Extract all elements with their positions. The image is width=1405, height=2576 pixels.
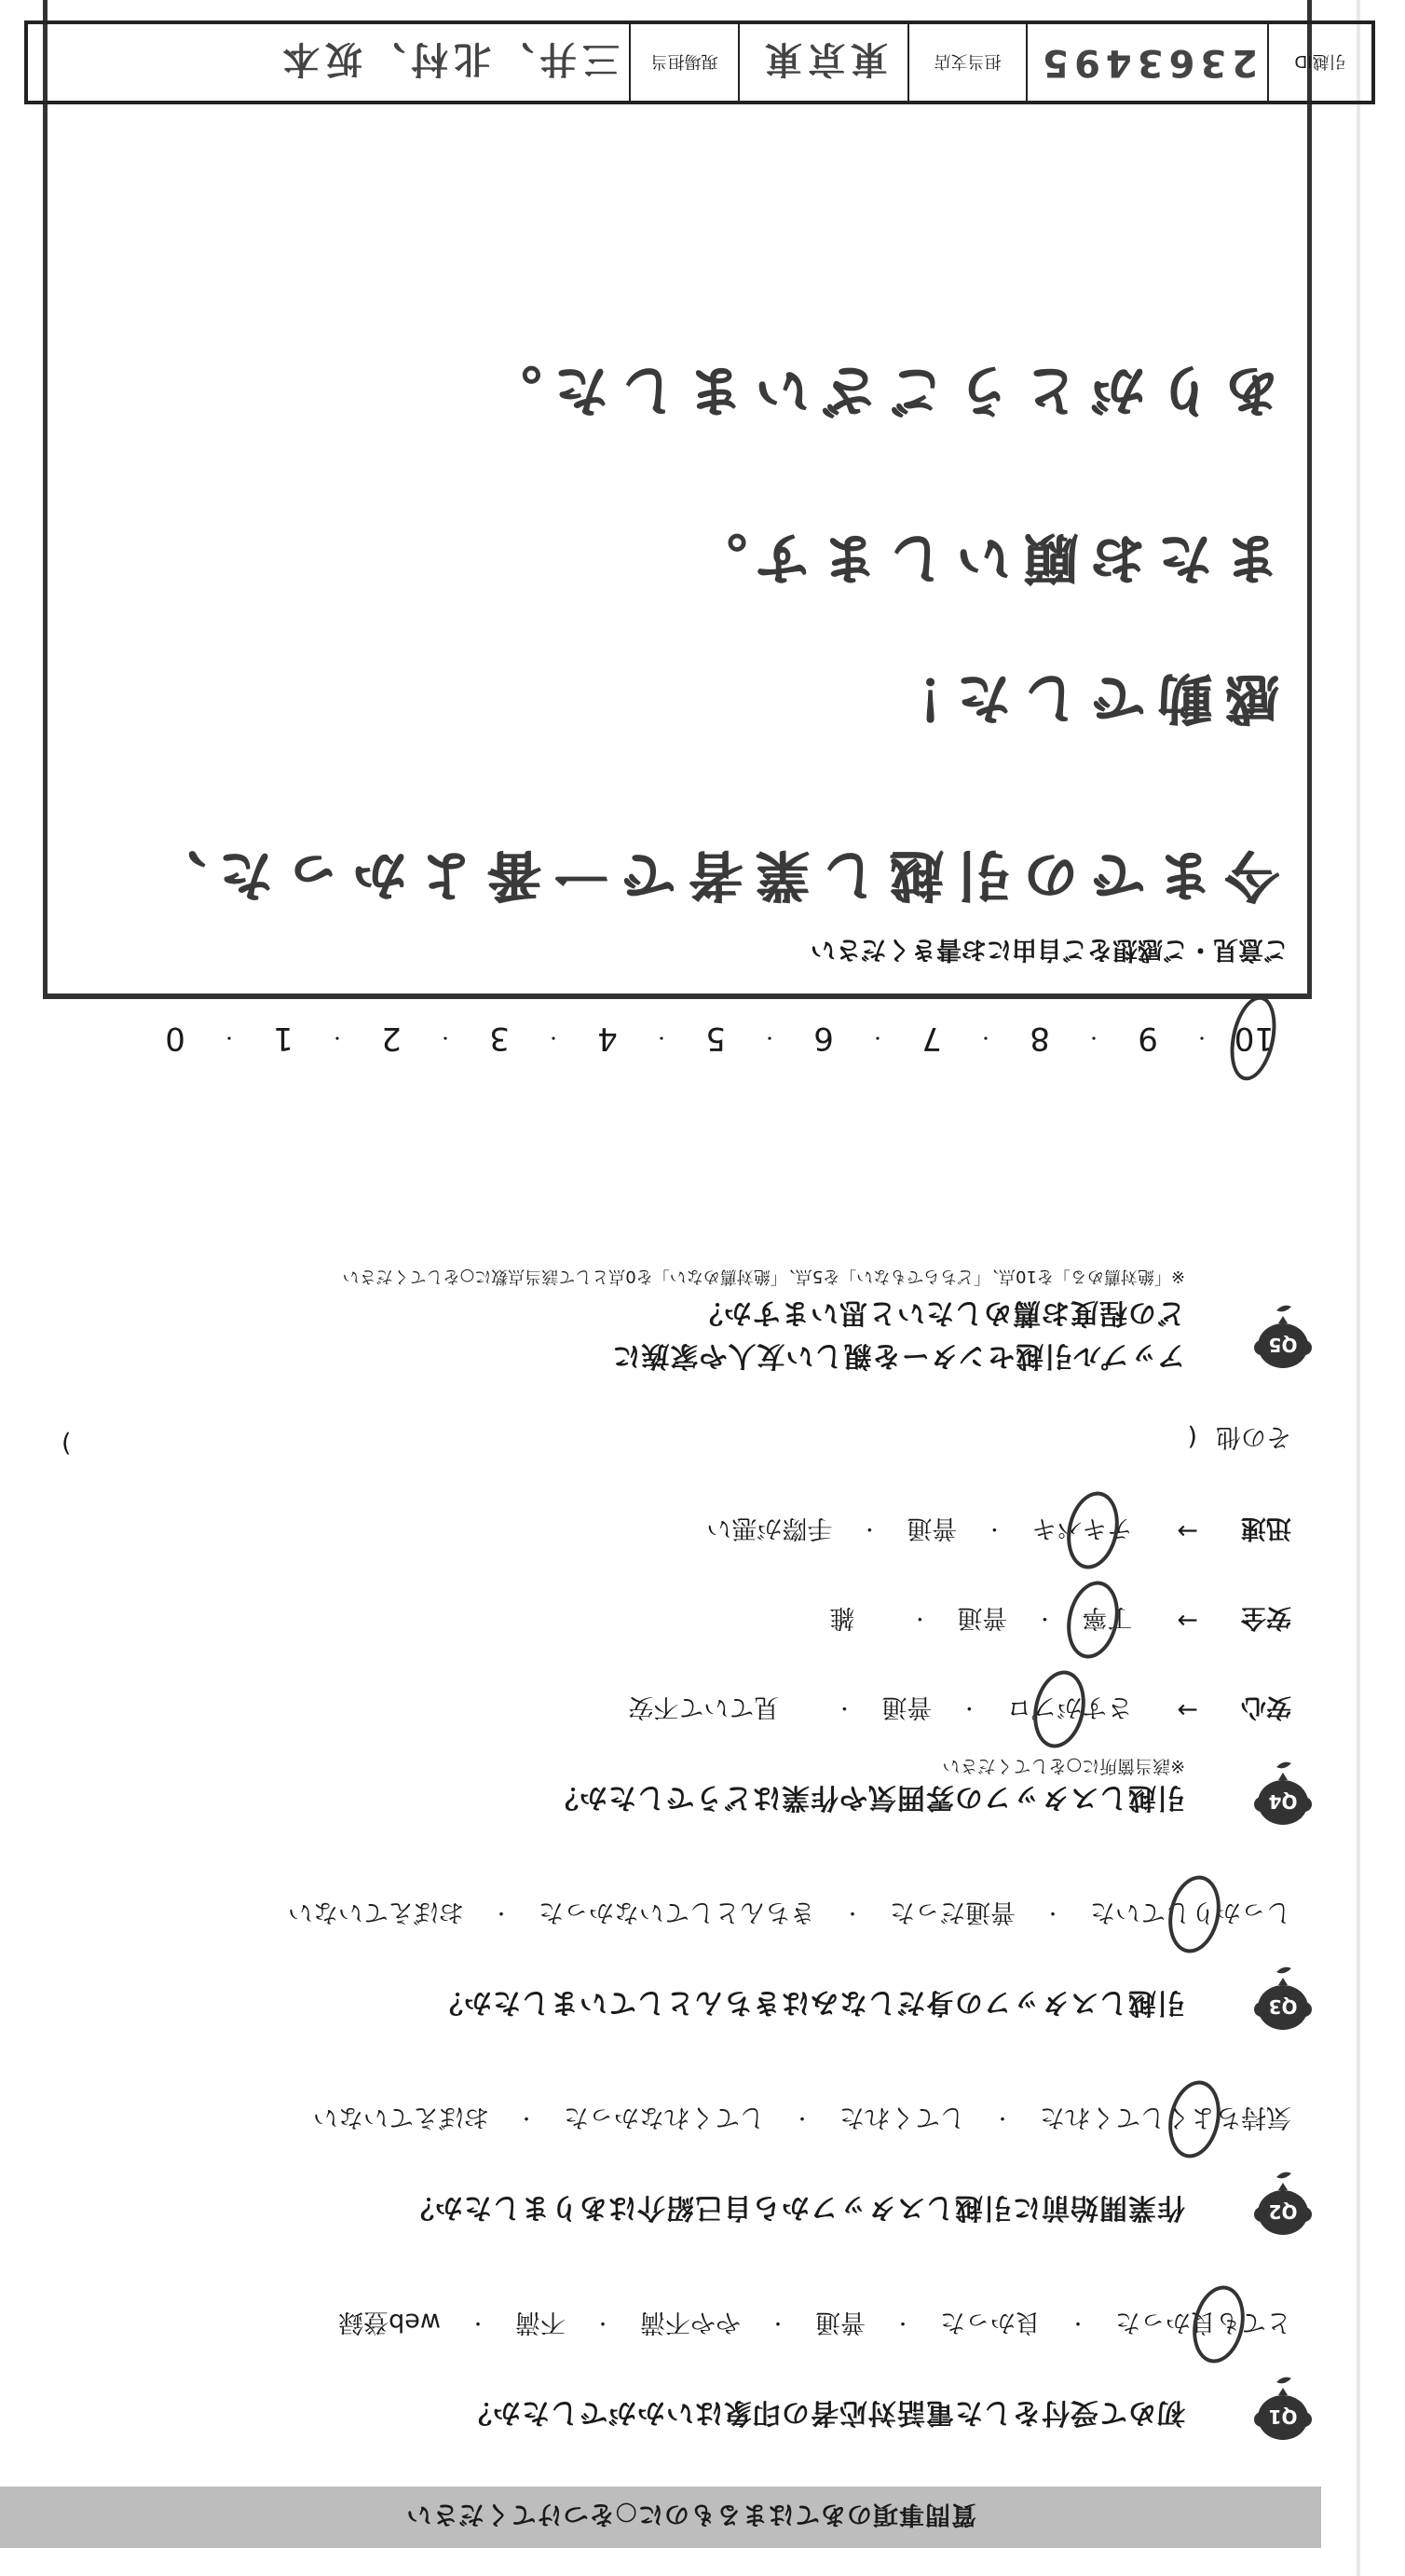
q5-score-8[interactable]: 8 xyxy=(1021,1020,1058,1057)
q3-option-not-neat[interactable]: きちんとしていなかった xyxy=(539,1897,815,1933)
q4-other-label: その他 xyxy=(1216,1422,1291,1451)
q4-option-normal[interactable]: 普通 xyxy=(957,1602,1007,1638)
instruction-banner: 質問事項のあてはまるものに○をつけてください xyxy=(0,2487,1321,2548)
q3-option-dont-remember[interactable]: おぼえていない xyxy=(288,1897,464,1933)
q5-note: ※「絶対薦める」を10点、「どちらでもない」を5点、「絶対薦めない」を0点として… xyxy=(343,1266,1185,1290)
comment-label: ご意見・ご感想をご自由にお書きください xyxy=(811,934,1289,970)
q3-option-normal[interactable]: 普通だった xyxy=(890,1897,1016,1933)
q1-option-slightly-dissatisfied[interactable]: やや不満 xyxy=(640,2307,741,2343)
branch-value: 東京東 xyxy=(739,22,908,103)
q3-text: 引越しスタッフの身だしなみはきちんとしていましたか？ xyxy=(434,1985,1185,2026)
q3-badge-icon: Q3 xyxy=(1254,1981,1312,2035)
q5-score-9[interactable]: 9 xyxy=(1129,1020,1166,1057)
banner-text: 質問事項のあてはまるものに○をつけてください xyxy=(405,2500,976,2536)
arrow-right-icon: → xyxy=(1177,1695,1198,1724)
comment-box[interactable]: ご意見・ご感想をご自由にお書きください 今までの引越し業者で一番よかった、 感動… xyxy=(43,0,1312,999)
q2-option-did-not[interactable]: してくれなかった xyxy=(564,2102,765,2138)
q2-option-pleasant[interactable]: 気持ちよくしてくれた xyxy=(1040,2102,1291,2138)
q1-text: 初めて受付をした電話対応者の印象はいかがでしたか？ xyxy=(463,2395,1185,2436)
q4-row-label: 迅速 xyxy=(1226,1513,1291,1549)
q4-option-normal[interactable]: 普通 xyxy=(907,1513,957,1549)
q5-text-line2: どの程度お薦めしたいと思いますか？ xyxy=(694,1295,1185,1336)
q2-option-did[interactable]: してくれた xyxy=(839,2102,965,2138)
q2-option-dont-remember[interactable]: おぼえていない xyxy=(313,2102,489,2138)
move-id-value: 2363495 xyxy=(1027,22,1268,103)
q1-option-very-good[interactable]: とても良かった xyxy=(1115,2307,1291,2343)
q5-text-line1: アップル引越センターを親しい友人や家族に xyxy=(612,1338,1186,1379)
q4-other-close: ) xyxy=(61,1421,72,1458)
q2-badge-icon: Q2 xyxy=(1254,2186,1312,2240)
q4-option-efficient[interactable]: テキパキ xyxy=(1031,1513,1132,1549)
q2-options: 気持ちよくしてくれた ・ してくれた ・ してくれなかった ・ おぼえていない xyxy=(313,2102,1291,2138)
arrow-right-icon: → xyxy=(1177,1516,1198,1545)
q5-score-scale: 10・ 9・ 8・ 7・ 6・ 5・ 4・ 3・ 2・ 1・ 0 xyxy=(157,1020,1275,1057)
q1-option-web-registration[interactable]: web登録 xyxy=(338,2307,441,2343)
q4-note: ※該当箇所に○をしてください xyxy=(943,1755,1186,1780)
q3-options: しっかりしていた ・ 普通だった ・ きちんとしていなかった ・ おぼえていない xyxy=(288,1897,1291,1933)
q5-score-4[interactable]: 4 xyxy=(589,1020,626,1057)
q4-row-label: 安心 xyxy=(1226,1692,1291,1728)
svg-text:Q5: Q5 xyxy=(1269,1334,1298,1356)
q1-option-normal[interactable]: 普通 xyxy=(815,2307,866,2343)
q5-score-2[interactable]: 2 xyxy=(373,1020,410,1057)
q4-text: 引越しスタッフの雰囲気や作業はどうでしたか？ xyxy=(550,1780,1185,1821)
q2-text: 作業開始前に引越しスタッフから自己紹介はありましたか？ xyxy=(405,2190,1185,2231)
q4-option-worrying[interactable]: 見ていて不安 xyxy=(628,1692,779,1728)
q5-score-6[interactable]: 6 xyxy=(805,1020,842,1057)
move-info-table: 引越ID 2363495 担当支店 東京東 現場担当 三井、北村、坂本 xyxy=(24,21,1375,104)
comment-line-3: またお願いします。 xyxy=(680,524,1279,602)
q4-option-careful[interactable]: 丁寧 xyxy=(1082,1602,1132,1638)
q5-badge-icon: Q5 xyxy=(1254,1320,1312,1374)
survey-sheet: 質問事項のあてはまるものに○をつけてください Q1 初めて受付をした電話対応者の… xyxy=(0,0,1405,2576)
svg-text:Q4: Q4 xyxy=(1269,1790,1298,1813)
q5-score-1[interactable]: 1 xyxy=(265,1020,302,1057)
move-id-label: 引越ID xyxy=(1268,22,1373,103)
q4-option-clumsy[interactable]: 手際が悪い xyxy=(706,1513,832,1549)
q4-row-safety: 安全 → 丁寧 ・ 普通 ・ 雑 xyxy=(829,1602,1291,1638)
q5-score-10[interactable]: 10 xyxy=(1237,1020,1275,1057)
branch-label: 担当支店 xyxy=(908,22,1027,103)
q4-option-professional[interactable]: さすがプロ xyxy=(1006,1692,1132,1728)
svg-text:Q3: Q3 xyxy=(1269,1995,1298,2018)
q1-options: とても良かった ・ 良かった ・ 普通 ・ やや不満 ・ 不満 ・ web登録 xyxy=(338,2307,1291,2343)
q4-badge-icon: Q4 xyxy=(1254,1776,1312,1830)
comment-line-4: ありがとうございました。 xyxy=(474,356,1279,434)
staff-value: 三井、北村、坂本 xyxy=(26,22,630,103)
q4-option-rough[interactable]: 雑 xyxy=(829,1602,854,1638)
arrow-right-icon: → xyxy=(1177,1606,1198,1635)
q5-score-7[interactable]: 7 xyxy=(913,1020,950,1057)
svg-text:Q1: Q1 xyxy=(1269,2405,1298,2428)
q1-option-dissatisfied[interactable]: 不満 xyxy=(515,2307,566,2343)
q4-option-normal[interactable]: 普通 xyxy=(881,1692,932,1728)
q5-score-3[interactable]: 3 xyxy=(481,1020,518,1057)
q4-row-reassurance: 安心 → さすがプロ ・ 普通 ・ 見ていて不安 xyxy=(628,1692,1291,1728)
q4-row-label: 安全 xyxy=(1226,1602,1291,1638)
q4-row-speed: 迅速 → テキパキ ・ 普通 ・ 手際が悪い xyxy=(706,1513,1291,1549)
svg-text:Q2: Q2 xyxy=(1269,2200,1298,2223)
q5-score-5[interactable]: 5 xyxy=(697,1020,734,1057)
page-edge-shadow xyxy=(1357,0,1360,2576)
q1-badge-icon: Q1 xyxy=(1254,2391,1312,2446)
q1-option-good[interactable]: 良かった xyxy=(940,2307,1041,2343)
staff-label: 現場担当 xyxy=(630,22,739,103)
comment-line-1: 今までの引越し業者で一番よかった、 xyxy=(139,841,1279,919)
q4-other-field[interactable]: その他( ) xyxy=(61,1421,1291,1458)
comment-line-2: 感動でした！ xyxy=(877,664,1279,742)
q5-score-0[interactable]: 0 xyxy=(157,1020,194,1057)
q3-option-neat[interactable]: しっかりしていた xyxy=(1090,1897,1291,1933)
